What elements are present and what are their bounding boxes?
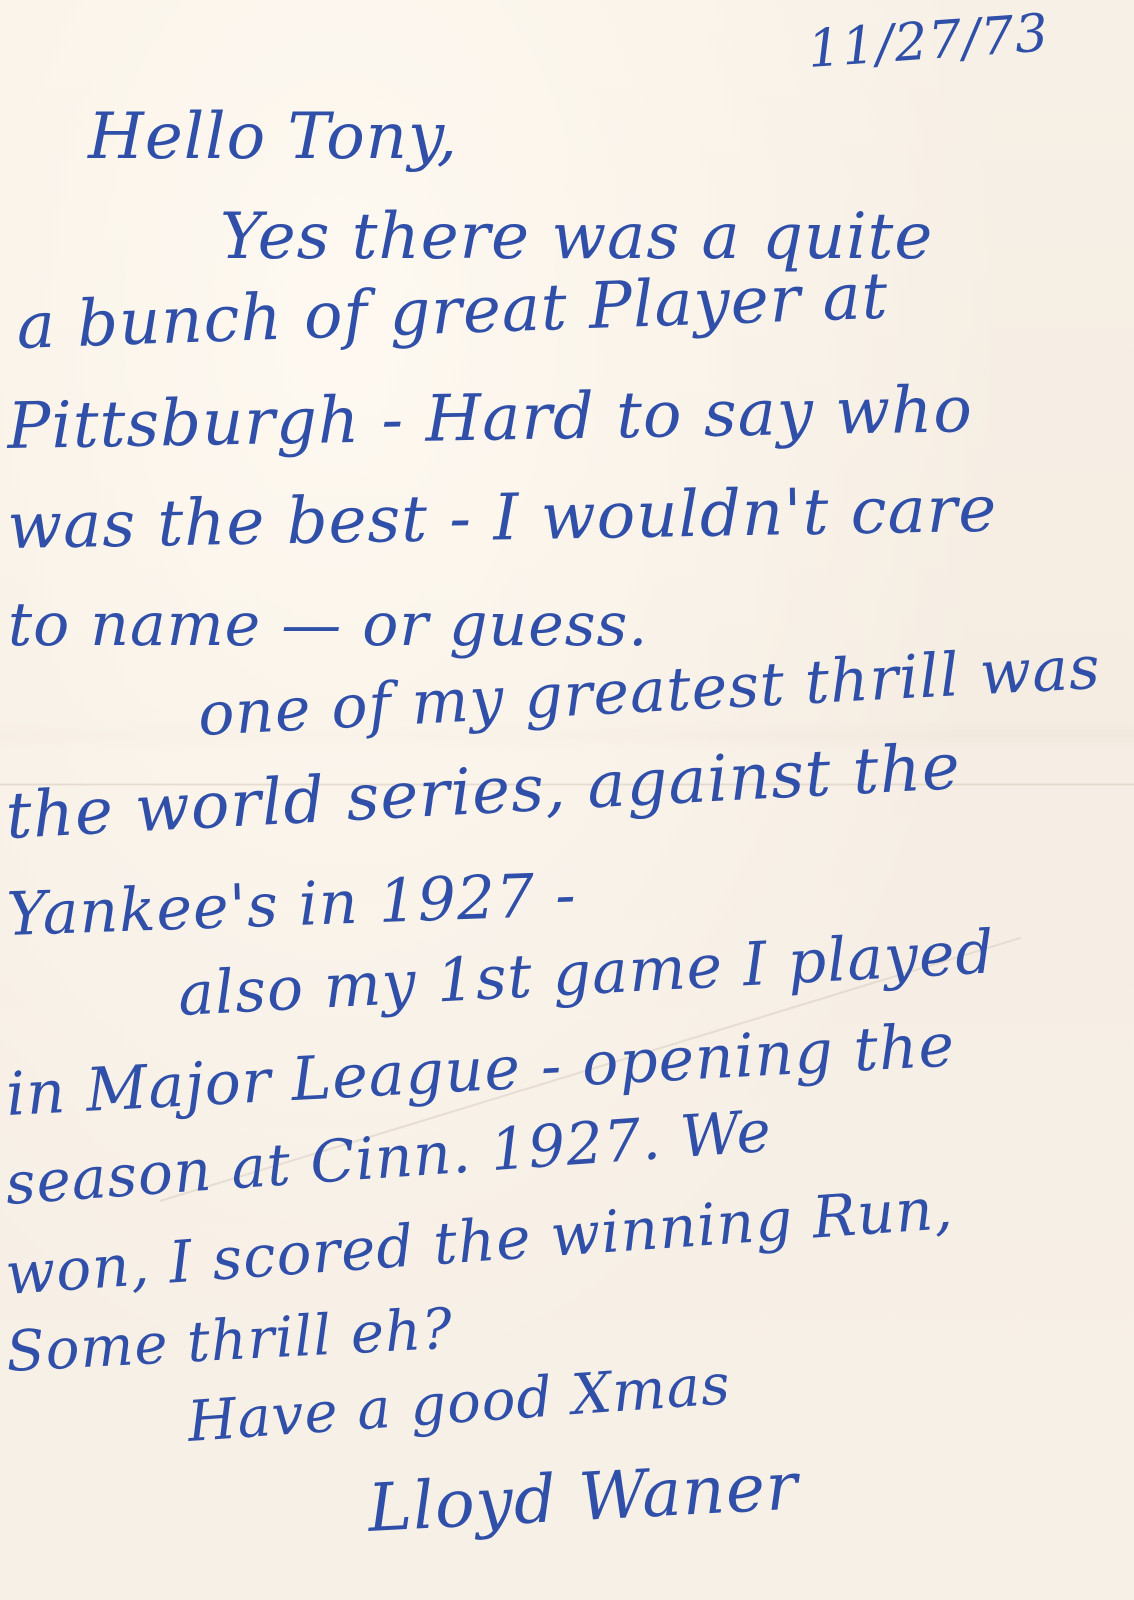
body-line: a bunch of great Player at <box>15 260 889 364</box>
body-line: Pittsburgh - Hard to say who <box>7 373 974 464</box>
body-line: Yankee's in 1927 - <box>6 860 578 950</box>
body-line: to name — or guess. <box>8 590 648 660</box>
letter-page: 11/27/73 Hello Tony, Yes there was a qui… <box>0 0 1134 1600</box>
salutation: Hello Tony, <box>88 100 458 174</box>
letter-date: 11/27/73 <box>806 3 1051 80</box>
body-line: Some thrill eh? <box>5 1297 455 1385</box>
body-line: was the best - I wouldn't care <box>7 473 998 564</box>
body-line: in Major League - opening the <box>4 1010 956 1130</box>
signature: Lloyd Waner <box>366 1448 800 1547</box>
body-line: the world series, against the <box>4 730 962 854</box>
